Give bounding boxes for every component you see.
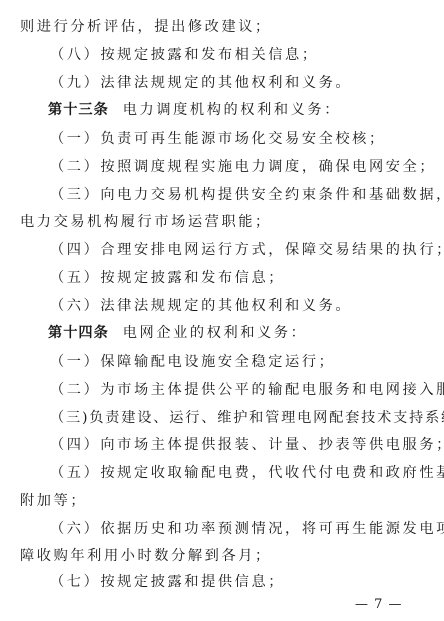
article-title: 电力调度机构的权利和义务：	[123, 102, 341, 118]
list-item: （八）按规定披露和发布相关信息；	[50, 45, 319, 65]
list-item: （二）按照调度规程实施电力调度，确保电网安全；	[50, 157, 436, 177]
article-heading: 第十三条电力调度机构的权利和义务：	[48, 100, 341, 120]
article-number: 第十四条	[48, 325, 109, 341]
article-number: 第十三条	[48, 102, 109, 118]
list-item: （四）合理安排电网运行方式，保障交易结果的执行；	[50, 240, 444, 260]
list-item: （四）向市场主体提供报装、计量、抄表等供电服务；	[50, 435, 444, 455]
list-item: （七）按规定披露和提供信息；	[50, 572, 285, 592]
list-item: （六）法律法规规定的其他权利和义务。	[50, 296, 352, 316]
list-item: （一）保障输配电设施安全稳定运行；	[50, 352, 335, 372]
list-item: （五）按规定收取输配电费，代收代付电费和政府性基金与	[50, 463, 444, 483]
list-item: （五）按规定披露和发布信息；	[50, 268, 285, 288]
list-item: （一）负责可再生能源市场化交易安全校核；	[50, 129, 386, 149]
list-item: （二）为市场主体提供公平的输配电服务和电网接入服务；	[50, 380, 444, 400]
list-item: （三）向电力交易机构提供安全约束条件和基础数据，配合	[50, 185, 444, 205]
list-item: （六）依据历史和功率预测情况，将可再生能源发电项目保	[50, 519, 444, 539]
text-line: 电力交易机构履行市场运营职能；	[20, 212, 272, 232]
list-item: （九）法律法规规定的其他权利和义务。	[50, 73, 352, 93]
article-title: 电网企业的权利和义务：	[123, 325, 308, 341]
list-item: （三)负责建设、运行、维护和管理电网配套技术支持系统；	[50, 408, 444, 428]
text-line: 障收购年利用小时数分解到各月；	[20, 546, 272, 566]
text-line: 附加等；	[20, 491, 87, 511]
page-number: — 7 —	[355, 597, 403, 612]
text-line: 则进行分析评估，提出修改建议；	[20, 17, 272, 37]
article-heading: 第十四条电网企业的权利和义务：	[48, 323, 307, 343]
